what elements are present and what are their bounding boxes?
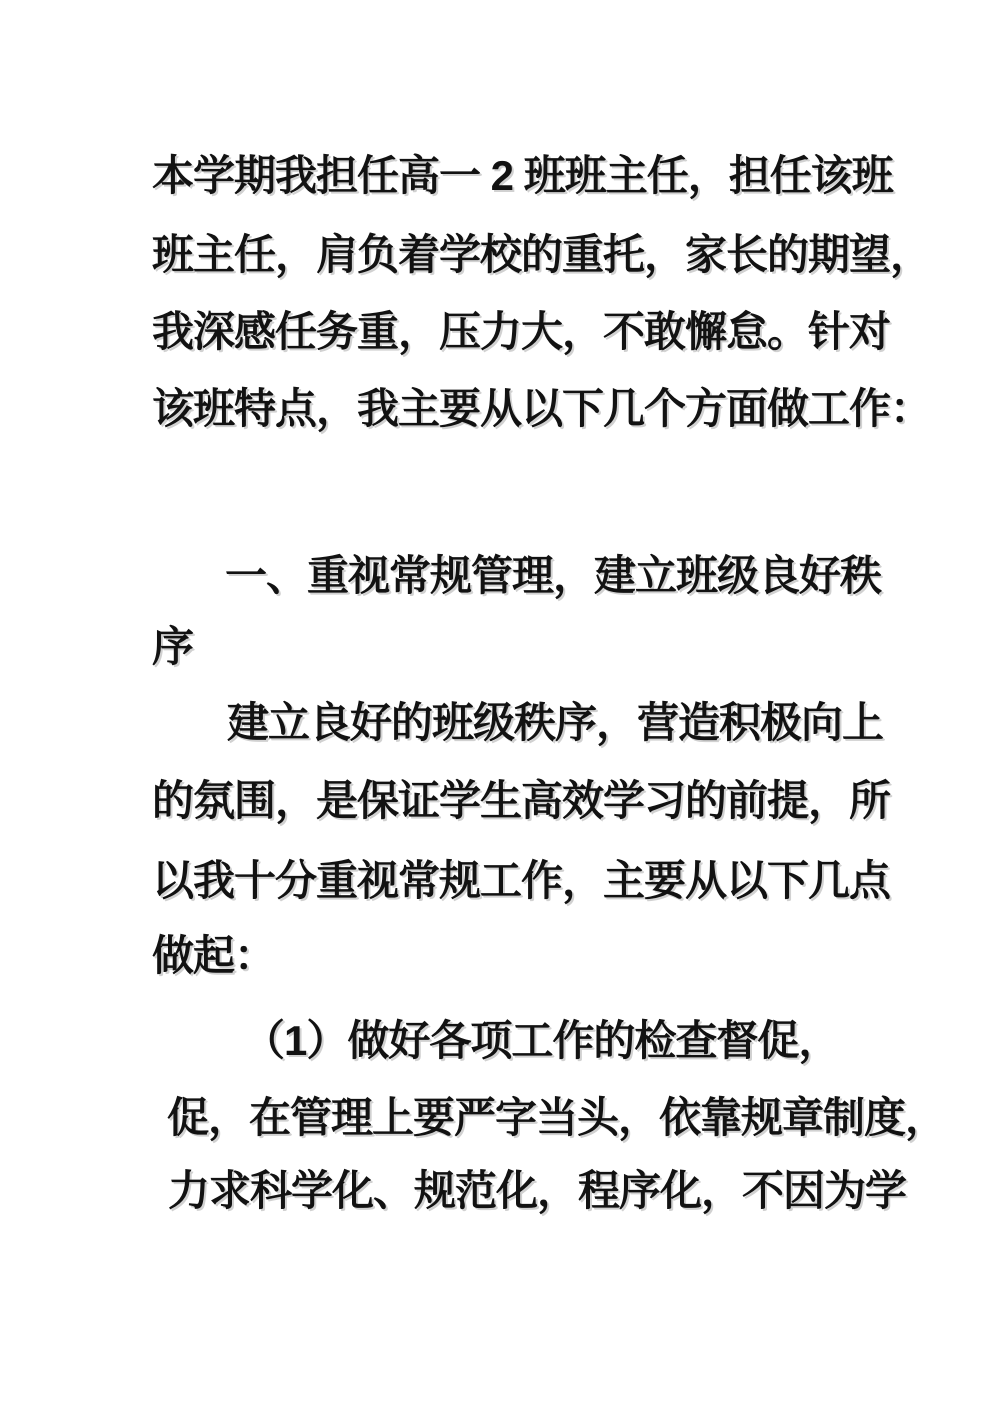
paragraph-line: 建立良好的班级秩序，营造积极向上: [227, 698, 883, 748]
paragraph-line: 做起：: [152, 931, 275, 981]
document-page: 本学期我担任高一 2 班班主任，担任该班 班主任，肩负着学校的重托，家长的期望，…: [0, 0, 1000, 1415]
paragraph-line: 本学期我担任高一 2 班班主任，担任该班: [152, 151, 893, 201]
list-item-line: （1）做好各项工作的检查督促，: [243, 1016, 839, 1066]
paragraph-line: 我深感任务重，压力大，不敢懈怠。针对: [152, 307, 890, 357]
list-item-line: 促，在管理上要严字当头，依靠规章制度，: [167, 1093, 946, 1143]
paragraph-line: 该班特点，我主要从以下几个方面做工作：: [152, 384, 931, 434]
paragraph-line: 以我十分重视常规工作，主要从以下几点: [152, 856, 890, 906]
section-heading-line: 一、重视常规管理，建立班级良好秩: [225, 551, 881, 601]
list-item-line: 力求科学化、规范化，程序化，不因为学: [168, 1166, 906, 1216]
paragraph-line: 的氛围，是保证学生高效学习的前提，所: [152, 776, 890, 826]
section-heading-line: 序: [152, 622, 193, 672]
paragraph-line: 班主任，肩负着学校的重托，家长的期望，: [152, 230, 931, 280]
